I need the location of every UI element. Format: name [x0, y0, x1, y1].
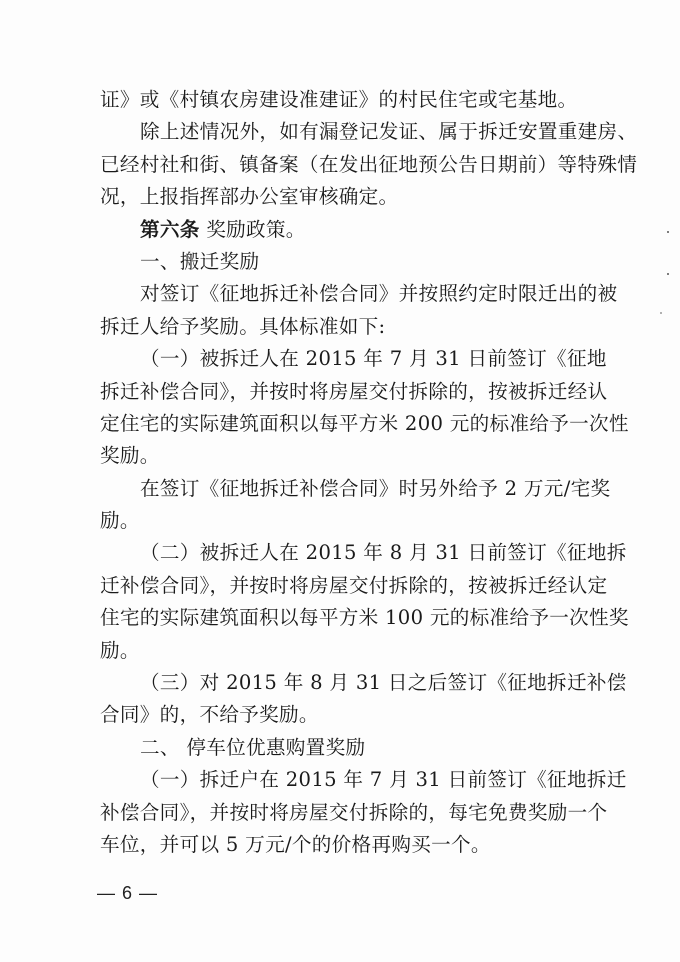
paragraph-line: （一）被拆迁人在 2015 年 7 月 31 日前签订《征地	[100, 343, 576, 375]
paragraph-line: 证》或《村镇农房建设准建证》的村民住宅或宅基地。	[100, 84, 576, 116]
paragraph-line: 补偿合同》，并按时将房屋交付拆除的，每宅免费奖励一个	[100, 797, 576, 829]
paragraph-line: 励。	[100, 635, 576, 667]
paragraph-line: 定住宅的实际建筑面积以每平方米 200 元的标准给予一次性	[100, 408, 576, 440]
section-title: 二、 停车位优惠购置奖励	[100, 732, 576, 764]
document-body: 证》或《村镇农房建设准建证》的村民住宅或宅基地。 除上述情况外，如有漏登记发证、…	[100, 84, 576, 861]
paragraph-line: 住宅的实际建筑面积以每平方米 100 元的标准给予一次性奖	[100, 602, 576, 634]
paragraph-line: （一）拆迁户在 2015 年 7 月 31 日前签订《征地拆迁	[100, 764, 576, 796]
paragraph-line: 在签订《征地拆迁补偿合同》时另外给予 2 万元/宅奖	[100, 473, 576, 505]
paragraph-line: 励。	[100, 505, 576, 537]
page-number: — 6 —	[97, 883, 158, 904]
paragraph-line: 车位，并可以 5 万元/个的价格再购买一个。	[100, 829, 576, 861]
scan-speck	[667, 231, 669, 233]
paragraph-line: 况，上报指挥部办公室审核确定。	[100, 181, 576, 213]
paragraph-line: （二）被拆迁人在 2015 年 8 月 31 日前签订《征地拆	[100, 537, 576, 569]
scan-speck	[667, 273, 669, 275]
article-heading: 第六条 奖励政策。	[100, 214, 576, 246]
paragraph-line: 对签订《征地拆迁补偿合同》并按照约定时限迁出的被	[100, 278, 576, 310]
paragraph-line: 迁补偿合同》，并按时将房屋交付拆除的，按被拆迁经认定	[100, 570, 576, 602]
article-title: 奖励政策。	[200, 218, 306, 241]
paragraph-line: 拆迁补偿合同》，并按时将房屋交付拆除的，按被拆迁经认	[100, 376, 576, 408]
paragraph-line: 除上述情况外，如有漏登记发证、属于拆迁安置重建房、	[100, 116, 576, 148]
paragraph-line: 合同》的，不给予奖励。	[100, 699, 576, 731]
paragraph-line: 奖励。	[100, 440, 576, 472]
article-number: 第六条	[140, 218, 200, 241]
paragraph-line: 拆迁人给予奖励。具体标准如下:	[100, 311, 576, 343]
scan-speck	[660, 312, 662, 314]
paragraph-line: （三）对 2015 年 8 月 31 日之后签订《征地拆迁补偿	[100, 667, 576, 699]
paragraph-line: 已经村社和街、镇备案（在发出征地预公告日期前）等特殊情	[100, 149, 576, 181]
document-page: 证》或《村镇农房建设准建证》的村民住宅或宅基地。 除上述情况外，如有漏登记发证、…	[0, 0, 680, 962]
section-title: 一、搬迁奖励	[100, 246, 576, 278]
